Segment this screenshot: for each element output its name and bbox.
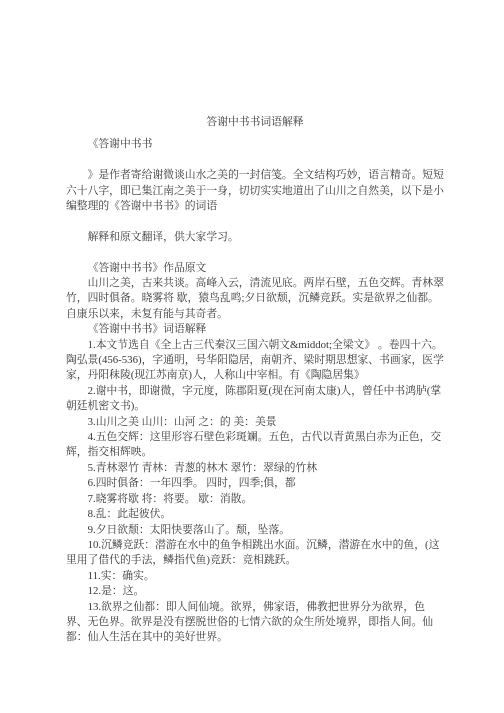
section-heading-glossary: 《答谢中书书》词语解释 xyxy=(66,322,444,337)
glossary-item-11: 11.实：确实。 xyxy=(66,569,444,584)
glossary-item-8: 8.乱：此起彼伏。 xyxy=(66,507,444,522)
glossary-item-12: 12.是：这。 xyxy=(66,584,444,599)
intro-paragraph-continued: 解释和原文翻译，供大家学习。 xyxy=(66,230,444,245)
original-text-paragraph: 山川之美，古来共谈。高峰入云，清流见底。两岸石壁，五色交辉。青林翠竹，四时俱备。… xyxy=(66,276,444,322)
intro-paragraph: 》是作者寄给谢微谈山水之美的一封信笺。全文结构巧妙，语言精奇。短短六十八字，即已… xyxy=(66,168,444,214)
glossary-item-6: 6.四时俱备：一年四季。 四时，四季;俱，都 xyxy=(66,476,444,491)
glossary-item-10: 10.沉鳞竞跃：潜游在水中的鱼争相跳出水面。沉鳞，潜游在水中的鱼，(这里用了借代… xyxy=(66,538,444,569)
glossary-item-3: 3.山川之美 山川：山河 之：的 美：美景 xyxy=(66,415,444,430)
glossary-item-1: 1.本文节选自《全上古三代秦汉三国六朝文&middot;全梁文》 。卷四十六。陶… xyxy=(66,338,444,384)
glossary-item-13: 13.欲界之仙都：即人间仙境。欲界，佛家语，佛教把世界分为欲界，色界、无色界。欲… xyxy=(66,600,444,646)
glossary-item-2: 2.谢中书，即谢微，字元度，陈郡阳夏(现在河南太康)人，曾任中书鸿胪(掌朝廷机密… xyxy=(66,384,444,415)
intro-open-quote-line: 《答谢中书书 xyxy=(66,137,444,152)
glossary-item-5: 5.青林翠竹 青林：青葱的林木 翠竹：翠绿的竹林 xyxy=(66,461,444,476)
glossary-item-9: 9.夕日欲颓：太阳快要落山了。颓，坠落。 xyxy=(66,523,444,538)
doc-title: 答谢中书书词语解释 xyxy=(66,115,444,130)
document-page: 答谢中书书词语解释 《答谢中书书 》是作者寄给谢微谈山水之美的一封信笺。全文结构… xyxy=(0,0,504,713)
section-heading-original-text: 《答谢中书书》作品原文 xyxy=(66,261,444,276)
glossary-item-7: 7.晓雾将歇 将：将要。 歇：消散。 xyxy=(66,492,444,507)
glossary-item-4: 4.五色交辉：这里形容石壁色彩斑斓。五色，古代以青黄黑白赤为正色，交辉，指交相辉… xyxy=(66,430,444,461)
